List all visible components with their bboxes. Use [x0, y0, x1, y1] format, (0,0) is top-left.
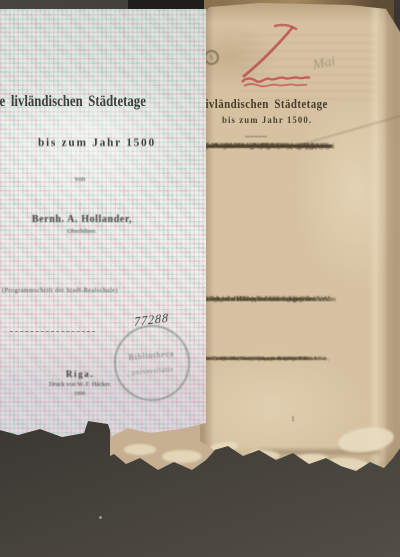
imprint-printer: Druck von W. F. Häcker.: [0, 381, 160, 388]
torn-paper-highlight: [290, 453, 329, 467]
owner-stamp: S: [204, 50, 219, 65]
subtitle-text: bis zum Jahr 1500: [38, 135, 156, 150]
author-name: Bernh. A. Hollander,: [0, 214, 164, 225]
author-role: Oberlehrer.: [0, 228, 164, 235]
photo-canvas: S Mai livländischen Städtetage bis zum J…: [0, 0, 400, 557]
imprint-year: 1888.: [0, 391, 160, 397]
library-stamp-line1: Bibliotheca: [115, 348, 188, 363]
series-note: (Programmschrift der Stadt-Realschule): [2, 287, 118, 294]
torn-paper-highlight: [327, 456, 370, 472]
divider-rule: [10, 331, 95, 332]
title-text: ie livländischen Städtetage: [0, 93, 146, 111]
torn-paper-highlight: [124, 444, 156, 455]
text-line: des Landes und der Literatur, z. B. HR. …: [204, 356, 311, 364]
right-page: S Mai livländischen Städtetage bis zum J…: [200, 0, 400, 474]
page-subtitle: bis zum Jahr 1500.: [222, 116, 312, 126]
page-title: livländischen Städtetage: [202, 96, 367, 112]
red-crayon-mark: [230, 18, 360, 103]
dust-speck: [99, 516, 102, 519]
title-rule: [245, 136, 267, 137]
torn-paper-highlight: [162, 450, 202, 463]
text-line: zehnt, nämlich von diesen Editionen die: [204, 295, 313, 304]
page-number: 1: [288, 414, 298, 423]
torn-paper-highlight: [209, 440, 238, 454]
left-page: ie livländischen Städtetage bis zum Jahr…: [0, 9, 206, 438]
byline-prefix: von: [0, 175, 160, 183]
imprint-city: Riga.: [0, 369, 160, 379]
text-line: Sache einen kleinen Beitrag zu erweisen,…: [204, 142, 327, 151]
